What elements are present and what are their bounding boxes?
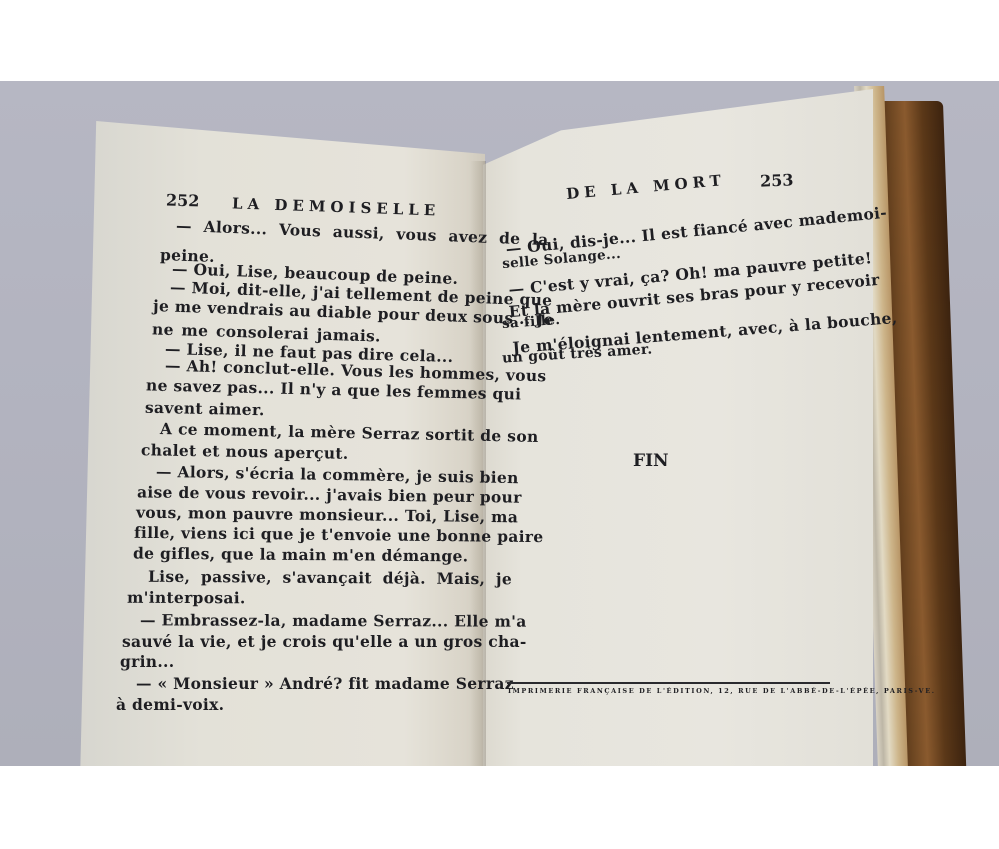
text-line: sauvé la vie, et je crois qu'elle a un g… <box>122 632 527 651</box>
text-line: — Embrassez-la, madame Serraz... Elle m'… <box>140 610 527 630</box>
text-line: m'interposai. <box>127 588 246 608</box>
text-line: de gifles, que la main m'en démange. <box>133 544 469 566</box>
left-page-number: 252 <box>166 191 200 211</box>
text-line: chalet et nous aperçut. <box>141 440 349 463</box>
end-mark: FIN <box>633 451 669 471</box>
book-photo: 252 LA DEMOISELLE — Alors... Vous aussi,… <box>0 81 999 766</box>
imprint-rule <box>507 682 830 684</box>
text-line: — « Monsieur » André? fit madame Serraz <box>136 674 514 693</box>
text-line: Lise, passive, s'avançait déjà. Mais, je <box>148 567 512 589</box>
text-line: grin... <box>120 652 174 671</box>
text-line: savent aimer. <box>145 398 265 420</box>
text-line: à demi-voix. <box>116 695 224 714</box>
printer-imprint: Imprimerie française de l'édition, 12, r… <box>508 687 936 695</box>
right-page-number: 253 <box>760 170 794 190</box>
